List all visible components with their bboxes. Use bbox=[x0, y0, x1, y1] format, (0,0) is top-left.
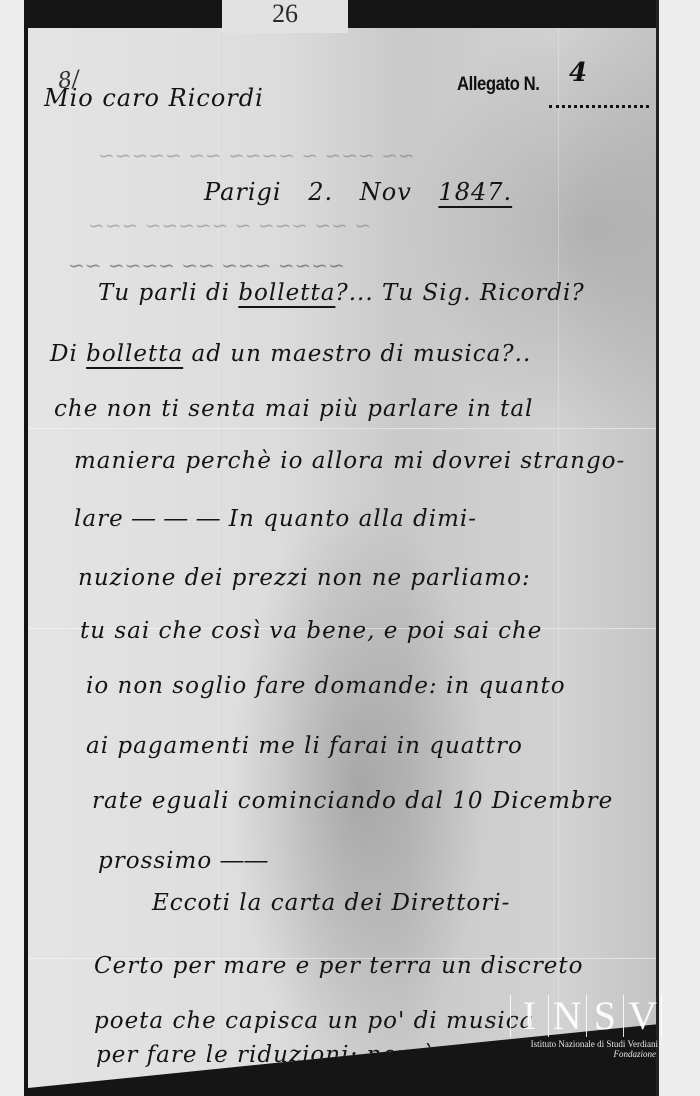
page-number: 26 bbox=[272, 1, 298, 27]
dateline-day: 2. bbox=[308, 178, 333, 206]
stamp-number: 4 bbox=[569, 58, 587, 88]
letter-sheet: ~~ ~~~ ~ ~~~~ ~~ ~~~~~ ~ ~~ ~~~ ~ ~~~~~ … bbox=[28, 28, 656, 1088]
dateline-year: 1847. bbox=[438, 178, 512, 206]
letter-line: prossimo ―― bbox=[98, 848, 269, 874]
letter-line: lare ― ― ― In quanto alla dimi- bbox=[74, 506, 477, 532]
underlined-word: bolletta bbox=[238, 280, 335, 306]
line-text: ad un maestro di musica?.. bbox=[183, 341, 531, 367]
letter-line: Di bolletta ad un maestro di musica?.. bbox=[50, 341, 531, 367]
letter-line: io non soglio fare domande: in quanto bbox=[86, 673, 566, 699]
letter-line: ai pagamenti me li farai in quattro bbox=[86, 733, 523, 759]
stamp-fill-line bbox=[549, 102, 649, 108]
mount-edge bbox=[656, 0, 659, 1096]
letter-line: rate eguali cominciando dal 10 Dicembre bbox=[92, 788, 613, 814]
allegato-stamp: Allegato N. 4 bbox=[457, 74, 551, 96]
bleed-through-text: ~ ~~ ~~~ ~ ~~~~~ ~~~ bbox=[88, 213, 371, 237]
letter-line: che non ti senta mai più parlare in tal bbox=[54, 396, 533, 422]
bleed-through-text: ~~ ~~~ ~ ~~~~ ~~ ~~~~~ bbox=[98, 143, 415, 167]
fold-line-vertical bbox=[558, 28, 559, 1088]
salutation: Mio caro Ricordi bbox=[44, 84, 264, 112]
archival-scan: ~~ ~~~ ~ ~~~~ ~~ ~~~~~ ~ ~~ ~~~ ~ ~~~~~ … bbox=[0, 0, 700, 1096]
letter-line: maniera perchè io allora mi dovrei stran… bbox=[74, 448, 625, 474]
letter-line: Tu parli di bolletta?... Tu Sig. Ricordi… bbox=[98, 280, 585, 306]
page-number-tab: 26 bbox=[222, 0, 348, 33]
letter-line: Eccoti la carta dei Direttori- bbox=[152, 890, 510, 916]
fold-line bbox=[28, 428, 656, 429]
line-text: Di bbox=[50, 341, 86, 367]
bleed-through-text: ~~~~ ~~~ ~~ ~~~~ ~~ bbox=[68, 253, 345, 277]
letter-line: tu sai che così va bene, e poi sai che bbox=[80, 618, 542, 644]
underlined-word: bolletta bbox=[86, 341, 183, 367]
letter-line: nuzione dei prezzi non ne parliamo: bbox=[78, 565, 531, 591]
letter-line: Certo per mare e per terra un discreto bbox=[94, 953, 584, 979]
stamp-label: Allegato N. bbox=[457, 74, 539, 96]
line-text: ?... Tu Sig. Ricordi? bbox=[335, 280, 584, 306]
line-text: Tu parli di bbox=[98, 280, 238, 306]
dateline-place: Parigi bbox=[204, 178, 282, 206]
dateline-month: Nov bbox=[360, 178, 412, 206]
letter-line: poeta che capisca un po' di musica bbox=[94, 1008, 534, 1034]
dateline: Parigi 2. Nov 1847. bbox=[204, 178, 512, 206]
